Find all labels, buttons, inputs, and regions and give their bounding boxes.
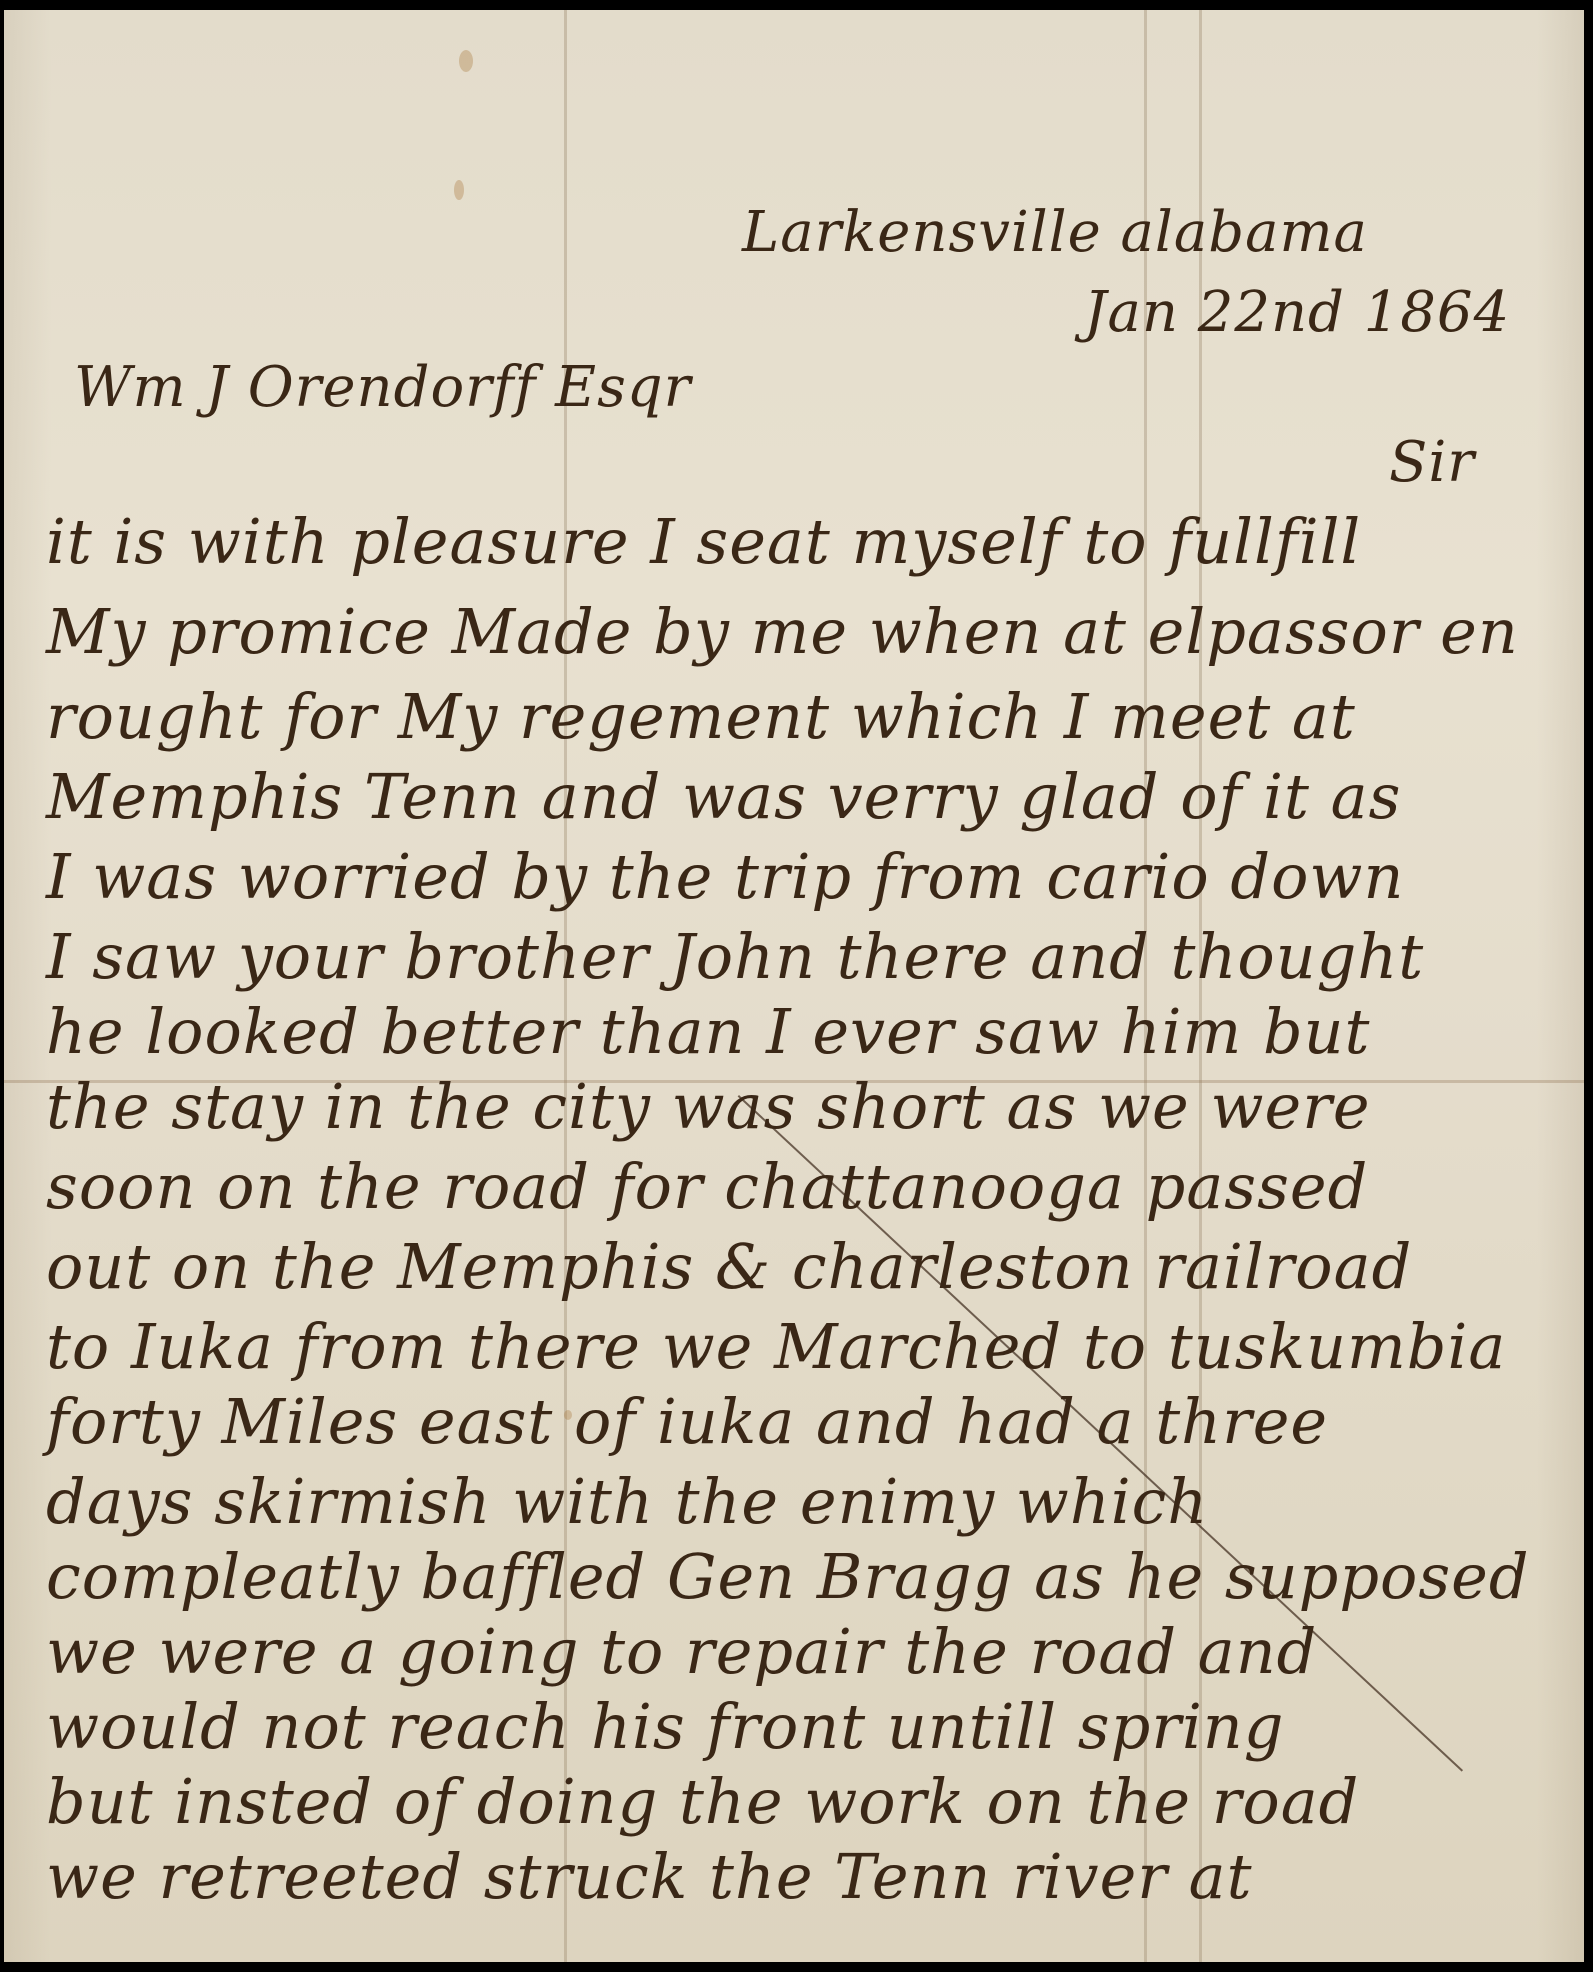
letter-line: Memphis Tenn and was verry glad of it as xyxy=(46,760,1401,833)
letter-line: we were a going to repair the road and xyxy=(46,1615,1317,1688)
letter-date: Jan 22nd 1864 xyxy=(1084,280,1510,345)
letter-line: it is with pleasure I seat myself to ful… xyxy=(46,505,1361,578)
letter-place: Larkensville alabama xyxy=(742,200,1368,265)
letter-recipient: Wm J Orendorff Esqr xyxy=(74,355,691,420)
letter-line: he looked better than I ever saw him but xyxy=(46,995,1370,1068)
letter-page: Larkensville alabama Jan 22nd 1864 Wm J … xyxy=(4,10,1584,1962)
ink-stain xyxy=(459,50,473,72)
letter-line: I saw your brother John there and though… xyxy=(46,920,1424,993)
letter-line: but insted of doing the work on the road xyxy=(46,1765,1359,1838)
letter-line: soon on the road for chattanooga passed xyxy=(46,1150,1368,1223)
letter-line: would not reach his front untill spring xyxy=(46,1690,1284,1763)
letter-line: My promice Made by me when at elpassor e… xyxy=(46,595,1519,668)
letter-salutation: Sir xyxy=(1389,430,1475,495)
ink-stain xyxy=(454,180,464,200)
letter-line: compleatly baffled Gen Bragg as he suppo… xyxy=(46,1540,1530,1613)
letter-line: rought for My regement which I meet at xyxy=(46,680,1356,753)
letter-line: forty Miles east of iuka and had a three xyxy=(46,1385,1328,1458)
letter-line: to Iuka from there we Marched to tuskumb… xyxy=(46,1310,1506,1383)
letter-line: out on the Memphis & charleston railroad xyxy=(46,1230,1412,1303)
letter-line: the stay in the city was short as we wer… xyxy=(46,1070,1371,1143)
letter-line: we retreeted struck the Tenn river at xyxy=(46,1840,1253,1913)
letter-line: I was worried by the trip from cario dow… xyxy=(46,840,1404,913)
letter-line: days skirmish with the enimy which xyxy=(46,1465,1208,1538)
